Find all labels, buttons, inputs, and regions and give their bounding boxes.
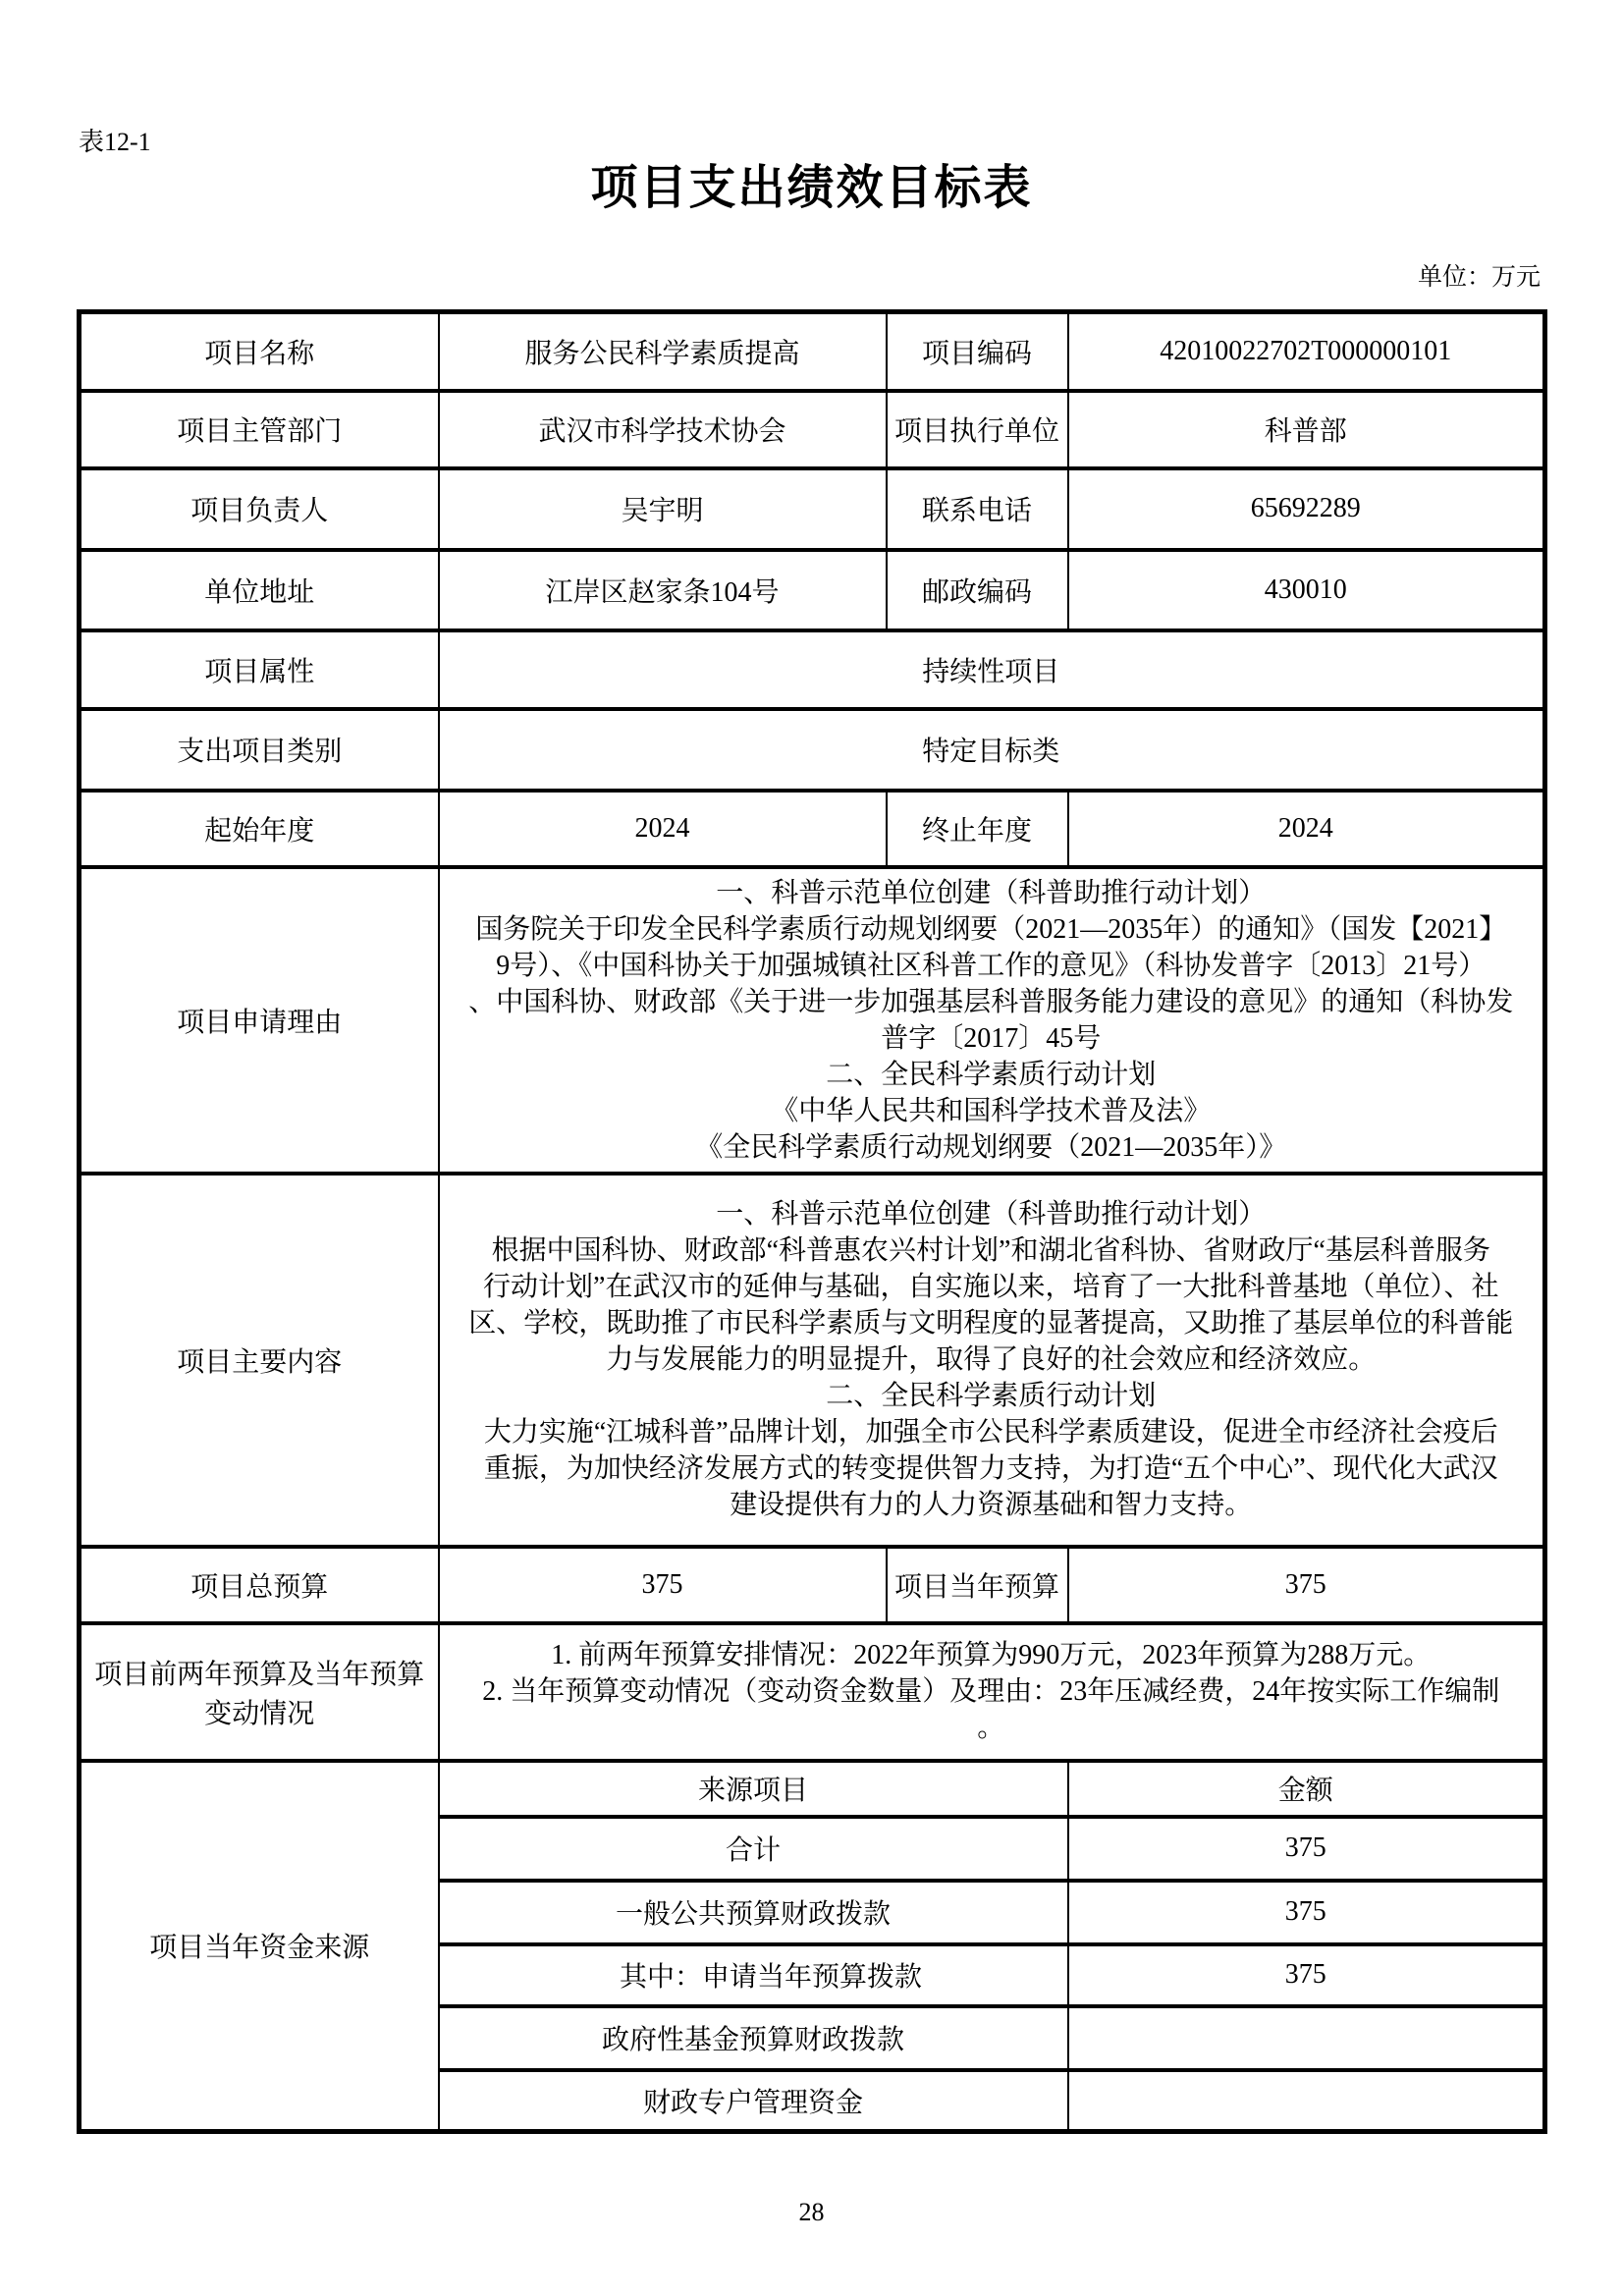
- table-row: 项目主管部门 武汉市科学技术协会 项目执行单位 科普部: [80, 391, 1545, 468]
- leader-label: 项目负责人: [80, 468, 439, 550]
- funding-source-header-amount: 金额: [1068, 1761, 1545, 1817]
- total-budget-value: 375: [439, 1547, 887, 1623]
- project-name-label: 项目名称: [80, 312, 439, 391]
- attribute-label: 项目属性: [80, 630, 439, 709]
- funding-item-gov-fund-name: 政府性基金预算财政拨款: [439, 2006, 1068, 2070]
- table-row: 项目名称 服务公民科学素质提高 项目编码 42010022702T0000001…: [80, 312, 1545, 391]
- table-row: 项目前两年预算及当年预算变动情况 1. 前两年预算安排情况：2022年预算为99…: [80, 1623, 1545, 1761]
- current-year-budget-value: 375: [1068, 1547, 1545, 1623]
- budget-changes-text: 1. 前两年预算安排情况：2022年预算为990万元，2023年预算为288万元…: [439, 1623, 1545, 1761]
- address-value: 江岸区赵家条104号: [439, 550, 887, 630]
- funding-source-label: 项目当年资金来源: [80, 1761, 439, 2132]
- table-row: 项目申请理由 一、科普示范单位创建（科普助推行动计划） 国务院关于印发全民科学素…: [80, 867, 1545, 1174]
- funding-item-total-amount: 375: [1068, 1817, 1545, 1881]
- phone-label: 联系电话: [887, 468, 1068, 550]
- funding-item-general-budget-name: 一般公共预算财政拨款: [439, 1881, 1068, 1944]
- expense-category-label: 支出项目类别: [80, 709, 439, 791]
- leader-value: 吴宇明: [439, 468, 887, 550]
- funding-item-general-budget-amount: 375: [1068, 1881, 1545, 1944]
- table-row: 项目主要内容 一、科普示范单位创建（科普助推行动计划） 根据中国科协、财政部“科…: [80, 1174, 1545, 1547]
- funding-item-gov-fund-amount: [1068, 2006, 1545, 2070]
- project-code-label: 项目编码: [887, 312, 1068, 391]
- table-row: 项目总预算 375 项目当年预算 375: [80, 1547, 1545, 1623]
- main-content-label: 项目主要内容: [80, 1174, 439, 1547]
- funding-item-total-name: 合计: [439, 1817, 1068, 1881]
- end-year-label: 终止年度: [887, 791, 1068, 867]
- table-row: 项目属性 持续性项目: [80, 630, 1545, 709]
- main-content-text: 一、科普示范单位创建（科普助推行动计划） 根据中国科协、财政部“科普惠农兴村计划…: [439, 1174, 1545, 1547]
- page-number: 28: [0, 2198, 1623, 2227]
- postcode-label: 邮政编码: [887, 550, 1068, 630]
- funding-item-fiscal-account-name: 财政专户管理资金: [439, 2070, 1068, 2132]
- page-title: 项目支出绩效目标表: [0, 149, 1623, 217]
- performance-target-table: 项目名称 服务公民科学素质提高 项目编码 42010022702T0000001…: [77, 309, 1547, 2134]
- table-row: 项目当年资金来源 来源项目 金额: [80, 1761, 1545, 1817]
- attribute-value: 持续性项目: [439, 630, 1545, 709]
- table-row: 起始年度 2024 终止年度 2024: [80, 791, 1545, 867]
- application-reason-label: 项目申请理由: [80, 867, 439, 1174]
- funding-item-current-year-appropriation-name: 其中：申请当年预算拨款: [439, 1944, 1068, 2006]
- total-budget-label: 项目总预算: [80, 1547, 439, 1623]
- funding-item-current-year-appropriation-amount: 375: [1068, 1944, 1545, 2006]
- table-row: 项目负责人 吴宇明 联系电话 65692289: [80, 468, 1545, 550]
- project-name-value: 服务公民科学素质提高: [439, 312, 887, 391]
- funding-source-header-source: 来源项目: [439, 1761, 1068, 1817]
- application-reason-text: 一、科普示范单位创建（科普助推行动计划） 国务院关于印发全民科学素质行动规划纲要…: [439, 867, 1545, 1174]
- expense-category-value: 特定目标类: [439, 709, 1545, 791]
- unit-note: 单位：万元: [1418, 257, 1541, 293]
- address-label: 单位地址: [80, 550, 439, 630]
- executing-unit-label: 项目执行单位: [887, 391, 1068, 468]
- project-code-value: 42010022702T000000101: [1068, 312, 1545, 391]
- start-year-value: 2024: [439, 791, 887, 867]
- competent-dept-value: 武汉市科学技术协会: [439, 391, 887, 468]
- executing-unit-value: 科普部: [1068, 391, 1545, 468]
- end-year-value: 2024: [1068, 791, 1545, 867]
- competent-dept-label: 项目主管部门: [80, 391, 439, 468]
- document-page: 表12-1 项目支出绩效目标表 单位：万元 项目名称 服务公民科学素质提高 项目…: [0, 0, 1623, 2296]
- table-row: 支出项目类别 特定目标类: [80, 709, 1545, 791]
- funding-item-fiscal-account-amount: [1068, 2070, 1545, 2132]
- start-year-label: 起始年度: [80, 791, 439, 867]
- budget-changes-label: 项目前两年预算及当年预算变动情况: [80, 1623, 439, 1761]
- table-row: 单位地址 江岸区赵家条104号 邮政编码 430010: [80, 550, 1545, 630]
- current-year-budget-label: 项目当年预算: [887, 1547, 1068, 1623]
- postcode-value: 430010: [1068, 550, 1545, 630]
- phone-value: 65692289: [1068, 468, 1545, 550]
